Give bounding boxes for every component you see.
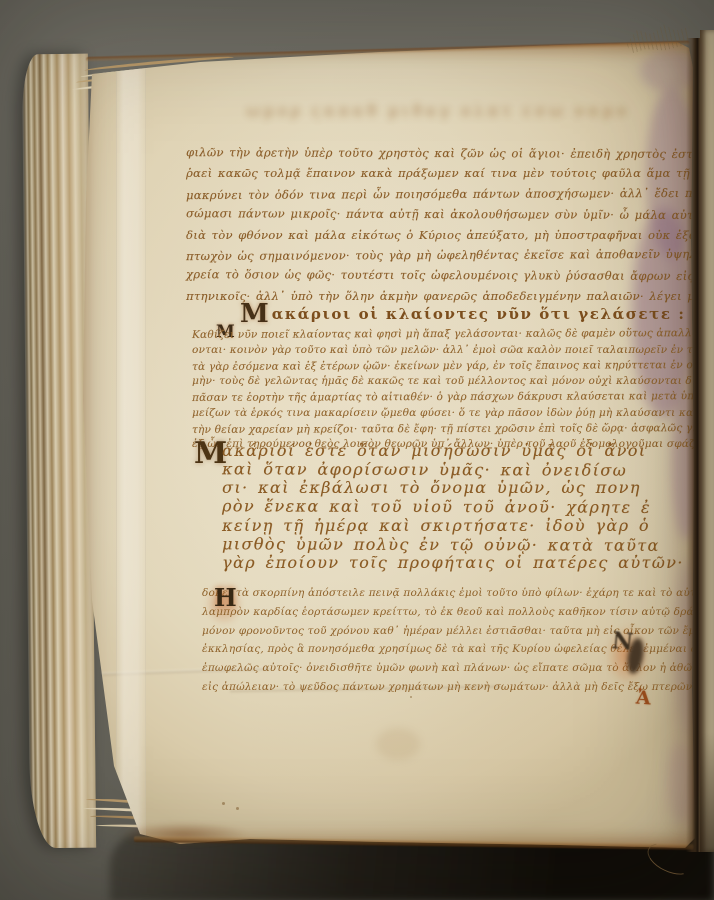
text-line: μείζων τὰ ἑρκός τινα μακαρίσειν ᾤμεθα φύ… [192,406,694,422]
text-line: πτωχὸν ὡς σημαινόμενον· τοὺς γὰρ μὴ ὠφελ… [186,244,680,267]
text-line: κείνῃ τῇ ἡμέρᾳ καὶ σκιρτήσατε· ἰδοὺ γὰρ … [222,517,658,536]
bookmark-ribbon [116,40,146,852]
manuscript-page: ωμορ ςαπαθ μιθαγ ολπτ εσω ναμο ρθμι φιλῶ… [80,40,698,852]
text-line: ῥαεὶ κακῶς τολμᾷ ἔπαινον κακὰ πράξωμεν κ… [186,163,680,183]
text-line: ρὸν ἕνεκα καὶ τοῦ υἱοῦ τοῦ ἀνοῦ· χάρητε … [222,497,658,517]
ink-speck [222,802,225,805]
lection-heading: Μ ακάριοι οἱ κλαίοντες νῦν ὅτι γελάσετε … [240,301,714,328]
fore-edge-page-stack [22,54,96,849]
block3-initial: Η [214,586,237,610]
frayed-tab [619,12,698,66]
text-line: γὰρ ἐποίουν τοῖς προφήταις οἱ πατέρες αὐ… [222,554,658,573]
gospel-lemma-block: Μ ακάριοί ἐστε ὅταν μισήσωσιν ὑμᾶς οἱ ἄν… [222,442,658,573]
heading-initial: Μ [240,301,269,327]
text-line: τὴν θείαν χαρείαν μὴ κρείζοι· ταῦτα δὲ ἔ… [192,421,694,439]
text-line: φιλῶν τὴν ἀρετὴν ὑπὲρ τοῦτο χρηστὸς καὶ … [186,142,680,164]
text-line: σι· καὶ ἐκβάλωσι τὸ ὄνομα ὑμῶν, ὡς πονη [222,479,658,498]
facing-leaf-edge [700,30,714,852]
ink-speck [236,807,239,810]
commentary-block-1: φιλῶν τὴν ἀρετὴν ὑπὲρ τοῦτο χρηστὸς καὶ … [186,143,680,306]
commentary-block-2: Μ Καθίζει νῦν ποιεῖ κλαίοντας καὶ φησὶ μ… [192,327,694,453]
leaf-edge-shadow [700,732,714,852]
text-line: λαμπρὸν καρδίας ἑορτάσωμεν κρείττω, τὸ ἐ… [202,603,688,622]
text-line: πᾶσαν τε ἑορτὴν τῆς ἁμαρτίας τὸ αἰτιαθέν… [192,389,694,407]
text-line: Καθίζει νῦν ποιεῖ κλαίοντας καὶ φησὶ μὴ … [192,326,694,344]
heading-text: ακάριοι οἱ κλαίοντες νῦν ὅτι γελάσετε : [272,301,686,328]
ink-bleedthrough-band: ωμορ ςαπαθ μιθαγ ολπτ εσω ναμο ρθμι [246,93,626,131]
marginal-dark-glyph: Ν [610,628,650,688]
text-line: ακάριοί ἐστε ὅταν μισήσωσιν ὑμᾶς οἱ ἄνοι [222,442,658,461]
text-line: μὴν· τοὺς δὲ γελῶντας ἡμᾶς δὲ κακῶς τε κ… [192,374,694,390]
text-line: σώμασι πάντων μικροῖς· πάντα αὐτῇ καὶ ἀκ… [186,203,680,225]
text-line: διὰ τὸν φθόνον καὶ μάλα εἰκότως ὁ Κύριος… [186,225,680,245]
text-line: δοκεῖ τὰ σκορπίνη ἀπόστειλε πεινᾷ πολλάκ… [202,584,688,603]
text-line: τὰ γὰρ ἐσόμενα καὶ ἐξ ἑτέρων ᾠῶν· ἐκείνω… [192,358,694,376]
text-line: χρεία τὸ ὅσιον ὡς φῶς· τουτέστι τοῖς ὠφε… [186,265,680,287]
text-line: μισθὸς ὑμῶν πολὺς ἐν τῷ οὐνῷ· κατὰ ταῦτα [222,535,658,555]
marginal-red-glyph: Ἀ [635,688,651,709]
text-line: μακρύνει τὸν ὁδόν τινα περὶ ὧν ποιησόμεθ… [186,183,680,206]
faint-stain [376,728,420,760]
photo-stage: ωμορ ςαπαθ μιθαγ ολπτ εσω ναμο ρθμι φιλῶ… [0,0,714,900]
text-line: ονται· κοινὸν γὰρ τοῦτο καὶ ὑπὸ τῶν μελῶ… [192,343,694,359]
